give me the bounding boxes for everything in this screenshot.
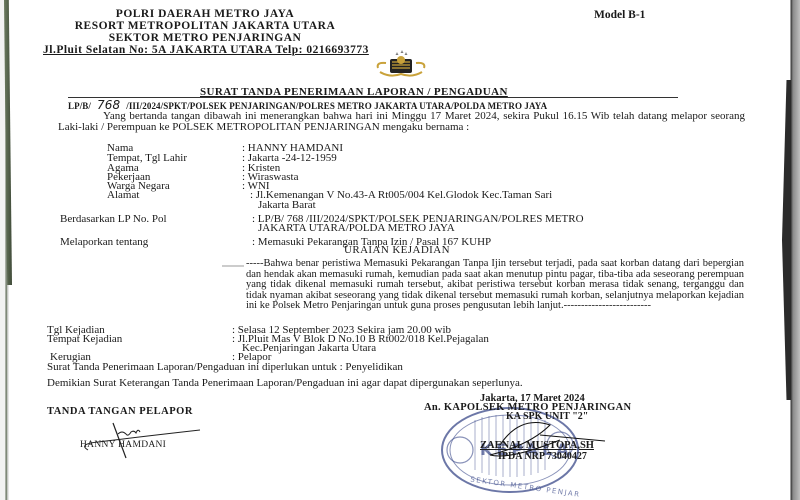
letterhead-line-3: SEKTOR METRO PENJARINGAN bbox=[55, 32, 355, 44]
smudge-mark bbox=[222, 265, 244, 267]
reporter-signature-title: TANDA TANGAN PELAPOR bbox=[47, 406, 193, 417]
reporter-name: HANNY HAMDANI bbox=[80, 440, 166, 450]
officer-rank-nrp: IPDA NRP 73040427 bbox=[498, 451, 587, 462]
document-page: POLRI DAERAH METRO JAYA RESORT METROPOLI… bbox=[0, 0, 800, 500]
uraian-heading: URAIAN KEJADIAN bbox=[344, 244, 450, 256]
letterhead: POLRI DAERAH METRO JAYA RESORT METROPOLI… bbox=[55, 8, 355, 56]
letterhead-address: Jl.Pluit Selatan No: 5A JAKARTA UTARA Te… bbox=[43, 44, 355, 56]
unit-line: KA SPK UNIT "2" bbox=[506, 411, 588, 422]
svg-text:SEKTOR METRO PENJAR: SEKTOR METRO PENJAR bbox=[470, 475, 581, 498]
letterhead-line-1: POLRI DAERAH METRO JAYA bbox=[55, 8, 355, 20]
officer-name: ZAENAL MUSTOPA,SH bbox=[480, 440, 594, 451]
police-emblem-icon bbox=[372, 50, 430, 80]
intro-paragraph: Yang bertanda tangan dibawah ini meneran… bbox=[58, 111, 745, 133]
form-model-label: Model B-1 bbox=[594, 9, 645, 21]
uraian-text: -----Bahwa benar peristiwa Memasuki Peka… bbox=[246, 259, 744, 312]
purpose-line: Surat Tanda Penerimaan Laporan/Pengaduan… bbox=[47, 361, 403, 373]
letterhead-line-2: RESORT METROPOLITAN JAKARTA UTARA bbox=[55, 20, 355, 32]
closing-line: Demikian Surat Keterangan Tanda Penerima… bbox=[47, 377, 523, 389]
field-tempat-kejadian-label: Tempat Kejadian bbox=[47, 334, 122, 345]
